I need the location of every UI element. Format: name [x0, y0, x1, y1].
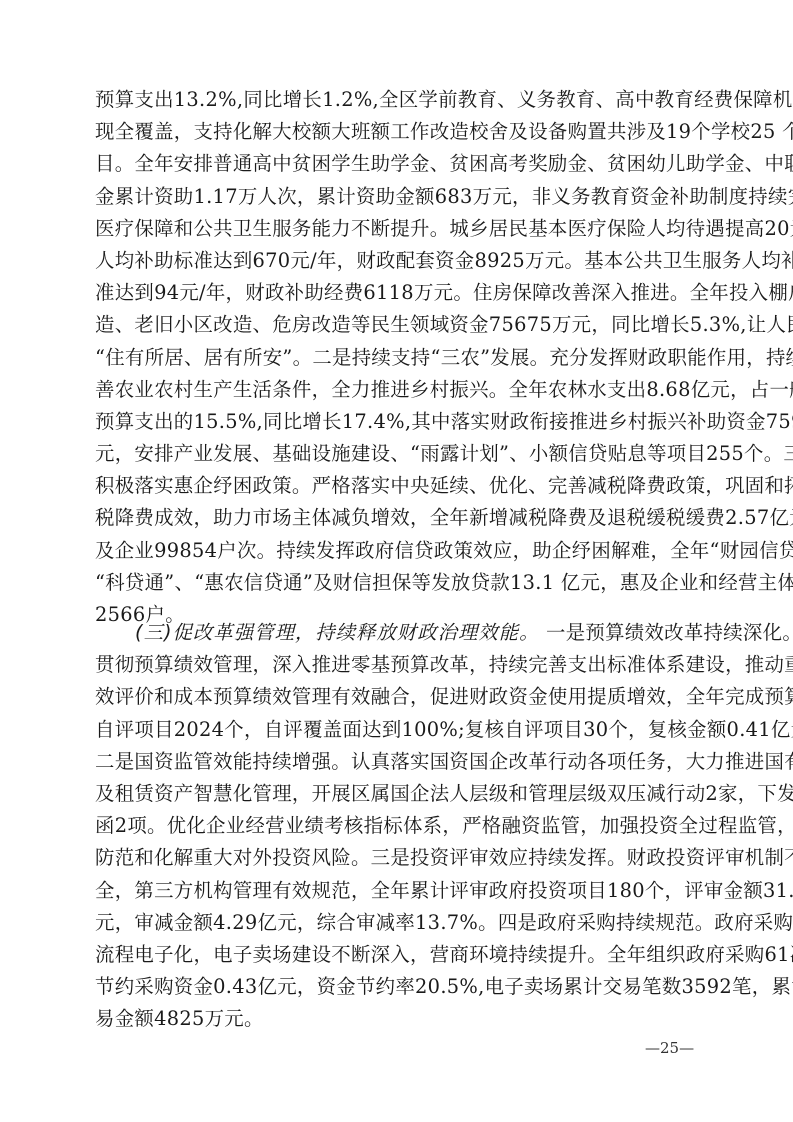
text-line: 现全覆盖，支持化解大校额大班额工作改造校舍及设备购置共涉及19个学校25 个项 — [95, 116, 699, 148]
text-line: 积极落实惠企纾困政策。严格落实中央延续、优化、完善减税降费政策，巩固和拓展减 — [95, 470, 699, 502]
text-line: “科贷通”、“惠农信贷通”及财信担保等发放贷款13.1 亿元，惠及企业和经营主体 — [95, 567, 699, 599]
text-line: “住有所居、居有所安”。二是持续支持“三农”发展。充分发挥财政职能作用，持续改 — [95, 342, 699, 374]
paragraph-education-agriculture-tax: 预算支出13.2%,同比增长1.2%,全区学前教育、义务教育、高中教育经费保障机… — [95, 84, 699, 631]
text-line: 节约采购资金0.43亿元，资金节约率20.5%,电子卖场累计交易笔数3592笔，… — [95, 971, 699, 1003]
text-line: 函2项。优化企业经营业绩考核指标体系，严格融资监管，加强投资全过程监管，着力 — [95, 810, 699, 842]
text-line: 医疗保障和公共卫生服务能力不断提升。城乡居民基本医疗保险人均待遇提高20元， — [95, 213, 699, 245]
text-line: 元，安排产业发展、基础设施建设、“雨露计划”、小额信贷贴息等项目255个。三是 — [95, 438, 699, 470]
text-line: 贯彻预算绩效管理，深入推进零基预算改革，持续完善支出标准体系建设，推动重点绩 — [95, 649, 699, 681]
text-line: 目。全年安排普通高中贫困学生助学金、贫困高考奖励金、贫困幼儿助学金、中职资助 — [95, 148, 699, 180]
text-run: 一是预算绩效改革持续深化。全面 — [540, 621, 793, 644]
text-line: 防范和化解重大对外投资风险。三是投资评审效应持续发挥。财政投资评审机制不断健 — [95, 842, 699, 874]
text-line: 善农业农村生产生活条件，全力推进乡村振兴。全年农林水支出8.68亿元，占一般公共 — [95, 374, 699, 406]
text-line: 金累计资助1.17万人次，累计资助金额683万元，非义务教育资金补助制度持续完善… — [95, 181, 699, 213]
text-line: 准达到94元/年，财政补助经费6118万元。住房保障改善深入推进。全年投入棚户区… — [95, 277, 699, 309]
text-line: 造、老旧小区改造、危房改造等民生领域资金75675万元，同比增长5.3%,让人民… — [95, 309, 699, 341]
section-heading-line: (三)促改革强管理，持续释放财政治理效能。 一是预算绩效改革持续深化。全面 — [95, 617, 699, 649]
text-line: 元，审减金额4.29亿元，综合审减率13.7%。四是政府采购持续规范。政府采购实… — [95, 907, 699, 939]
text-line: 预算支出的15.5%,同比增长17.4%,其中落实财政衔接推进乡村振兴补助资金7… — [95, 406, 699, 438]
document-page: 预算支出13.2%,同比增长1.2%,全区学前教育、义务教育、高中教育经费保障机… — [0, 0, 793, 1122]
text-line: 人均补助标准达到670元/年，财政配套资金8925万元。基本公共卫生服务人均补助… — [95, 245, 699, 277]
section-heading: (三)促改革强管理，持续释放财政治理效能。 — [135, 621, 540, 644]
text-line: 及租赁资产智慧化管理，开展区属国企法人层级和管理层级双压减行动2家，下发提示 — [95, 778, 699, 810]
text-line: 预算支出13.2%,同比增长1.2%,全区学前教育、义务教育、高中教育经费保障机… — [95, 84, 699, 116]
text-line: 流程电子化，电子卖场建设不断深入，营商环境持续提升。全年组织政府采购61次， — [95, 939, 699, 971]
text-line: 易金额4825万元。 — [95, 1003, 699, 1035]
text-line: 二是国资监管效能持续增强。认真落实国资国企改革行动各项任务，大力推进国有产权 — [95, 746, 699, 778]
text-line: 效评价和成本预算绩效管理有效融合，促进财政资金使用提质增效，全年完成预算绩效 — [95, 681, 699, 713]
text-line: 自评项目2024个，自评覆盖面达到100%;复核自评项目30个，复核金额0.41… — [95, 714, 699, 746]
paragraph-reform-management: (三)促改革强管理，持续释放财政治理效能。 一是预算绩效改革持续深化。全面 贯彻… — [95, 617, 699, 1035]
page-number: —25— — [645, 1039, 694, 1057]
text-line: 全，第三方机构管理有效规范，全年累计评审政府投资项目180个，评审金额31.3 … — [95, 875, 699, 907]
text-line: 及企业99854户次。持续发挥政府信贷政策效应，助企纾困解难，全年“财园信贷通”… — [95, 535, 699, 567]
text-line: 税降费成效，助力市场主体减负增效，全年新增减税降费及退税缓税缓费2.57亿元，惠 — [95, 502, 699, 534]
